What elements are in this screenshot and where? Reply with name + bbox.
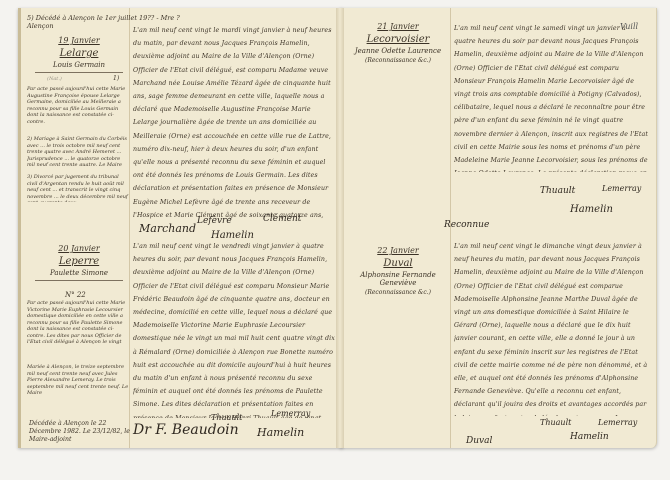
entry-date: 22 Janvier [346, 246, 450, 255]
entry-surname: Lecorvoisier [346, 34, 450, 45]
left-page: 5) Décédé à Alençon le 1er juillet 19?? … [18, 8, 343, 448]
note-number: 2) [27, 136, 32, 142]
margin-note-marriage: 2) Mariage à Saint Germain du Corbéis av… [27, 136, 129, 166]
signature: Duval [466, 436, 492, 446]
entry-body-lecorvoisier: L'an mil neuf cent vingt le samedi vingt… [454, 22, 648, 172]
entry-given-names: Louis Germain [27, 61, 131, 69]
entry-heading-lecorvoisier: 21 Janvier Lecorvoisier Jeanne Odette La… [346, 22, 450, 64]
margin-note-divorce: 3) Divorcé par jugement du tribunal civi… [27, 174, 129, 202]
entry-surname: Lelarge [27, 48, 131, 59]
note-number: 3) [27, 174, 32, 180]
note-text: Divorcé par jugement du tribunal civil d… [27, 174, 128, 202]
signature: Hamelin [570, 204, 613, 215]
signature: Thuault [540, 186, 575, 196]
signature: Lemerray [602, 184, 641, 193]
signature: Hamelin [257, 426, 304, 439]
margin-number: N° 22 [65, 291, 86, 299]
entry-heading-lelarge: 19 Janvier Lelarge Louis Germain [27, 36, 131, 76]
note-text: Mariage à Saint Germain du Corbéis avec … [27, 136, 127, 166]
entry-date: 20 Janvier [27, 244, 131, 253]
signature: Thuault [211, 413, 242, 422]
signature: Dr F. Beaudoin [133, 422, 239, 438]
ornament-rule [35, 72, 123, 73]
margin-note-recognition: Par acte passé aujourd'hui cette Marie A… [27, 86, 129, 126]
entry-body-lelarge: L'an mil neuf cent vingt le mardi vingt … [133, 24, 337, 224]
entry-body-duval: L'an mil neuf cent vingt le dimanche vin… [454, 240, 648, 416]
signature: Clément [263, 214, 301, 224]
reconnue-mark: Reconnue [444, 220, 489, 230]
signature: Lemerray [271, 409, 310, 418]
signature: Lefèvre [197, 216, 232, 226]
entry-body-leperre: L'an mil neuf cent vingt le vendredi vin… [133, 240, 337, 418]
annotation-number: 5) [27, 14, 34, 22]
signature: Lemerray [598, 418, 637, 427]
margin-note-marriage: Mariée à Alençon, le treize septembre mi… [27, 364, 129, 400]
entry-heading-duval: 22 Janvier Duval Alphonsine Fernande Gen… [346, 246, 450, 296]
signature: Marchand [139, 222, 196, 235]
signature: Hamelin [570, 432, 609, 442]
entry-date: 21 Janvier [346, 22, 450, 31]
entry-note: (Reconnaissance &c.) [346, 57, 450, 64]
entry-surname: Duval [346, 258, 450, 269]
margin-label: (Nat.) [47, 76, 62, 83]
ornament-rule [35, 280, 123, 281]
entry-surname: Leperre [27, 256, 131, 267]
book-gutter [336, 8, 344, 448]
signature: Thuault [540, 418, 571, 427]
margin-number: 1) [113, 76, 119, 83]
entry-heading-leperre: 20 Janvier Leperre Paulette Simone [27, 244, 131, 284]
margin-note-death: Décédée à Alençon le 22 Décembre 1982. L… [29, 420, 133, 444]
margin-note-recognition: Par acte passé aujourd'hui cette Marie V… [27, 300, 129, 346]
entry-note: (Reconnaissance &c.) [346, 289, 450, 296]
entry-given-names: Paulette Simone [27, 269, 131, 277]
right-page: Vuill 21 Janvier Lecorvoisier Jeanne Ode… [340, 8, 657, 448]
entry-given-names: Jeanne Odette Laurence [346, 47, 450, 55]
register-book: 5) Décédé à Alençon le 1er juillet 19?? … [18, 8, 656, 448]
entry-date: 19 Janvier [27, 36, 131, 45]
entry-given-names: Alphonsine Fernande Geneviève [346, 271, 450, 287]
